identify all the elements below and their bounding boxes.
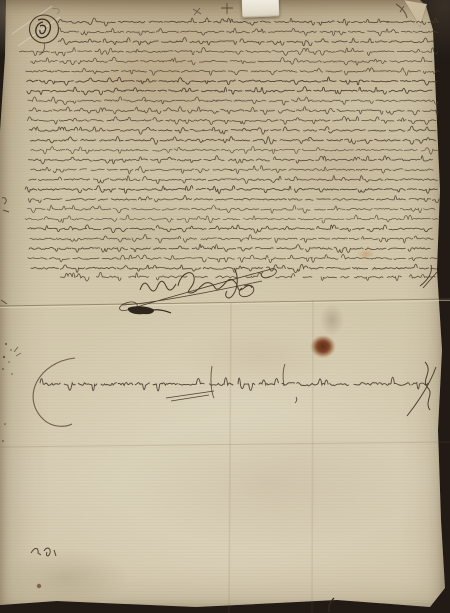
script-line-22: [28, 225, 433, 233]
paraph-flourish: [33, 358, 75, 426]
handwriting-layer: [0, 0, 450, 613]
end-rubric: [407, 362, 436, 416]
script-line-24: [29, 244, 431, 252]
script-line-23: [30, 235, 434, 243]
script-line-21: [25, 215, 440, 223]
underline-flourish: [166, 391, 214, 401]
script-line-17: [29, 176, 438, 184]
ink-dot: [37, 584, 41, 588]
script-line-18: [25, 186, 438, 194]
edge-specks: [1, 198, 21, 442]
script-line-14: [31, 146, 440, 154]
top-edge-marks: [52, 4, 407, 18]
main-text-block: [19, 18, 440, 273]
script-line-1: [58, 18, 439, 26]
script-line-13: [30, 137, 436, 145]
script-line-25: [28, 254, 439, 262]
script-line-4: [19, 47, 438, 55]
script-line-16: [30, 166, 433, 174]
script-line-19: [28, 195, 439, 202]
margin-note: [31, 548, 56, 588]
photo-backdrop: { "document": { "kind": "handwritten man…: [0, 0, 450, 613]
royal-signature: [120, 268, 277, 314]
script-line-9: [28, 97, 439, 105]
script-line-6: [26, 68, 440, 76]
fold-creases: [0, 6, 450, 613]
script-line-5: [30, 57, 432, 65]
script-line-20: [27, 205, 435, 213]
date-line: [60, 272, 435, 281]
attestation-line: [33, 358, 436, 426]
script-line-2: [58, 28, 439, 36]
invocation-cross-icon: [221, 3, 233, 14]
script-line-8: [27, 87, 433, 95]
script-line-11: [28, 116, 437, 124]
date-line-script: [60, 272, 435, 281]
folded-corner: [404, 0, 427, 27]
script-line-10: [29, 107, 438, 115]
ink-blot: [128, 306, 154, 314]
script-line-12: [29, 126, 436, 134]
bottom-pen-mark: [329, 598, 334, 612]
manuscript-photo: [0, 0, 450, 613]
attestation-script: [40, 377, 428, 391]
script-line-15: [28, 156, 433, 164]
script-line-3: [58, 38, 434, 46]
script-line-7: [27, 77, 438, 85]
mounting-tab: [242, 0, 280, 18]
